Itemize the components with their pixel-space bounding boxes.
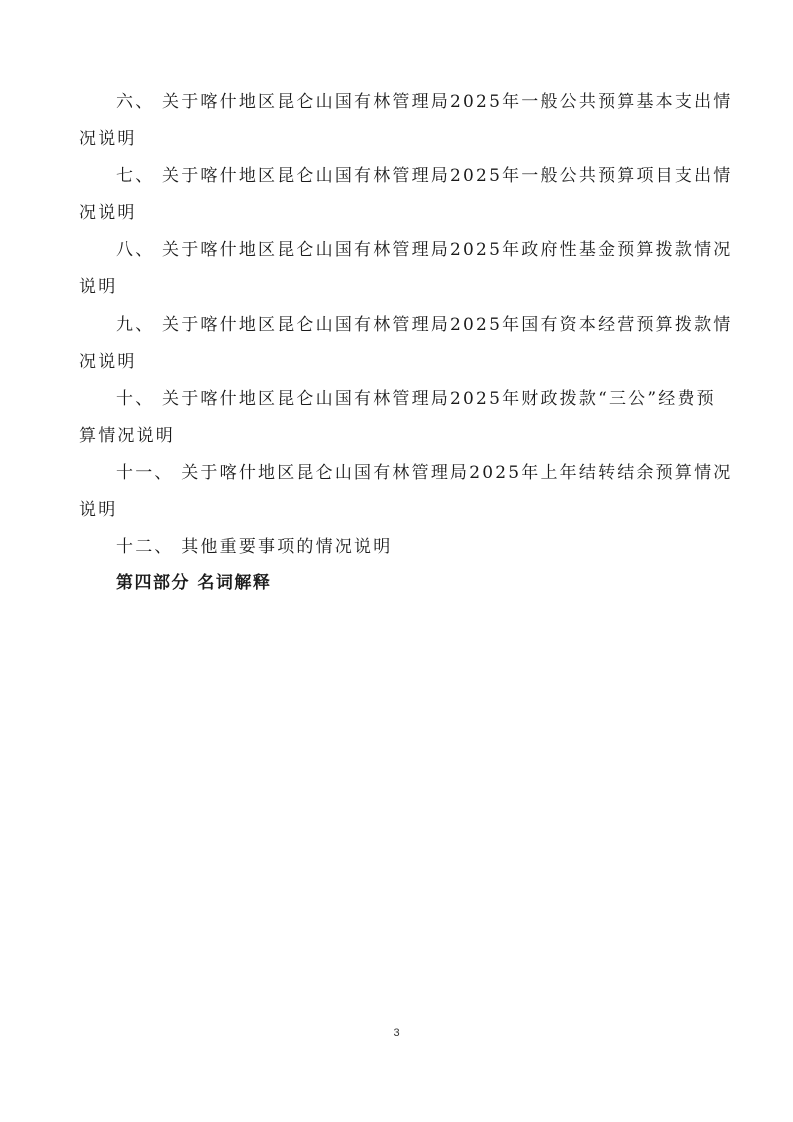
toc-item-8-line1: 八、 关于喀什地区昆仑山国有林管理局2025年政府性基金预算拨款情况 [116,240,752,260]
toc-item-10-line2: 算情况说明 [79,426,715,446]
toc-item-7-line1: 七、 关于喀什地区昆仑山国有林管理局2025年一般公共预算项目支出情 [116,166,752,186]
toc-item-number: 十、 [116,389,154,409]
toc-item-text: 关于喀什地区昆仑山国有林管理局2025年财政拨款“三公”经费预 [162,389,716,409]
toc-item-6-line2: 况说明 [79,129,715,149]
toc-item-9-line2: 况说明 [79,352,715,372]
toc-item-6-line1: 六、 关于喀什地区昆仑山国有林管理局2025年一般公共预算基本支出情 [116,92,752,112]
toc-item-number: 六、 [116,92,154,112]
toc-item-7-line2: 况说明 [79,203,715,223]
section-heading: 第四部分 名词解释 [116,573,271,593]
page-number: 3 [0,1027,793,1039]
toc-item-8-line2: 说明 [79,277,715,297]
toc-item-number: 十一、 [116,463,174,483]
toc-item-10-line1: 十、 关于喀什地区昆仑山国有林管理局2025年财政拨款“三公”经费预 [116,389,752,409]
toc-item-text: 其他重要事项的情况说明 [181,537,392,557]
toc-item-11-line1: 十一、 关于喀什地区昆仑山国有林管理局2025年上年结转结余预算情况 [116,463,752,483]
toc-item-text: 关于喀什地区昆仑山国有林管理局2025年上年结转结余预算情况 [181,463,732,483]
toc-item-text: 关于喀什地区昆仑山国有林管理局2025年政府性基金预算拨款情况 [162,240,732,260]
toc-item-number: 八、 [116,240,154,260]
toc-item-9-line1: 九、 关于喀什地区昆仑山国有林管理局2025年国有资本经营预算拨款情 [116,315,752,335]
toc-item-number: 十二、 [116,537,174,557]
toc-item-number: 九、 [116,315,154,335]
toc-item-text: 关于喀什地区昆仑山国有林管理局2025年一般公共预算基本支出情 [162,92,732,112]
toc-item-text: 关于喀什地区昆仑山国有林管理局2025年一般公共预算项目支出情 [162,166,732,186]
toc-item-11-line2: 说明 [79,500,715,520]
toc-item-12-line1: 十二、 其他重要事项的情况说明 [116,537,752,557]
document-page: 六、 关于喀什地区昆仑山国有林管理局2025年一般公共预算基本支出情 况说明 七… [0,0,793,1122]
toc-item-number: 七、 [116,166,154,186]
toc-item-text: 关于喀什地区昆仑山国有林管理局2025年国有资本经营预算拨款情 [162,315,732,335]
